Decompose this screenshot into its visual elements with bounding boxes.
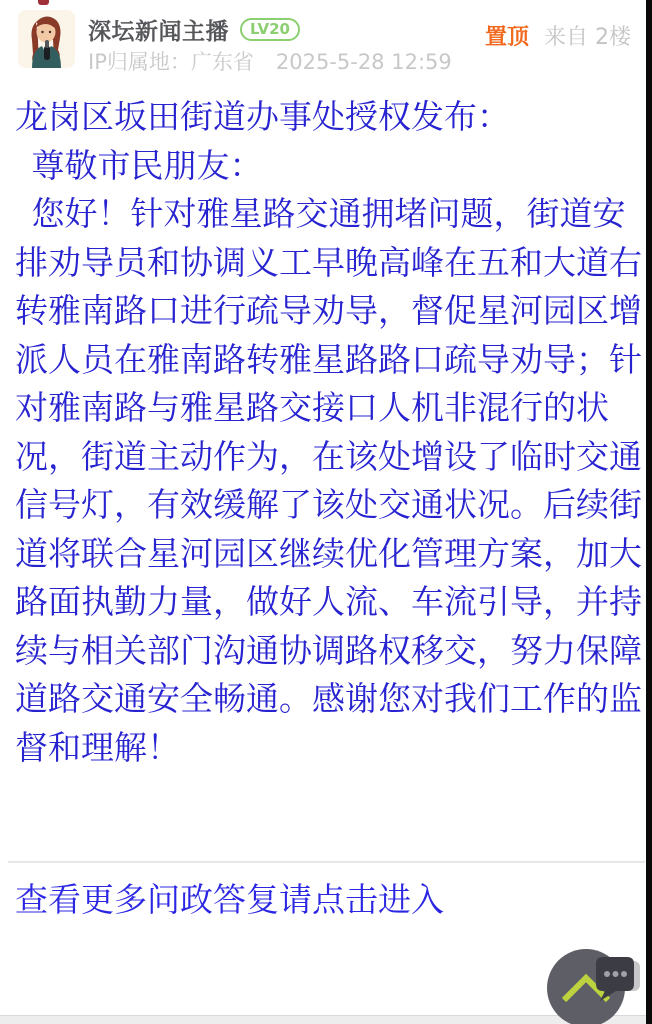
floor-label: 来自 2楼	[544, 25, 631, 50]
divider	[8, 861, 645, 863]
comment-bubble-icon[interactable]	[592, 957, 644, 1003]
right-edge-strip	[646, 0, 652, 1024]
author-row: 深坛新闻主播 LV20	[88, 15, 300, 43]
avatar-illustration	[18, 10, 75, 68]
post-header: 深坛新闻主播 LV20 IP归属地：广东省2025-5-28 12:59 置顶 …	[0, 0, 646, 90]
pinned-badge: 置顶	[485, 25, 529, 50]
post-meta-row: IP归属地：广东省2025-5-28 12:59	[88, 46, 452, 76]
post-body-text: 龙岗区坂田街道办事处授权发布： 尊敬市民朋友： 您好！针对雅星路交通拥堵问题，街…	[15, 93, 646, 772]
ip-location: IP归属地：广东省	[88, 50, 254, 74]
post-timestamp: 2025-5-28 12:59	[276, 50, 452, 74]
corner-meta: 置顶 来自 2楼	[485, 20, 631, 51]
forum-post-page: 深坛新闻主播 LV20 IP归属地：广东省2025-5-28 12:59 置顶 …	[0, 0, 652, 1024]
more-replies-link[interactable]: 查看更多问政答复请点击进入	[15, 876, 444, 924]
author-name[interactable]: 深坛新闻主播	[88, 13, 229, 46]
avatar[interactable]	[18, 10, 75, 68]
level-badge: LV20	[240, 18, 300, 41]
